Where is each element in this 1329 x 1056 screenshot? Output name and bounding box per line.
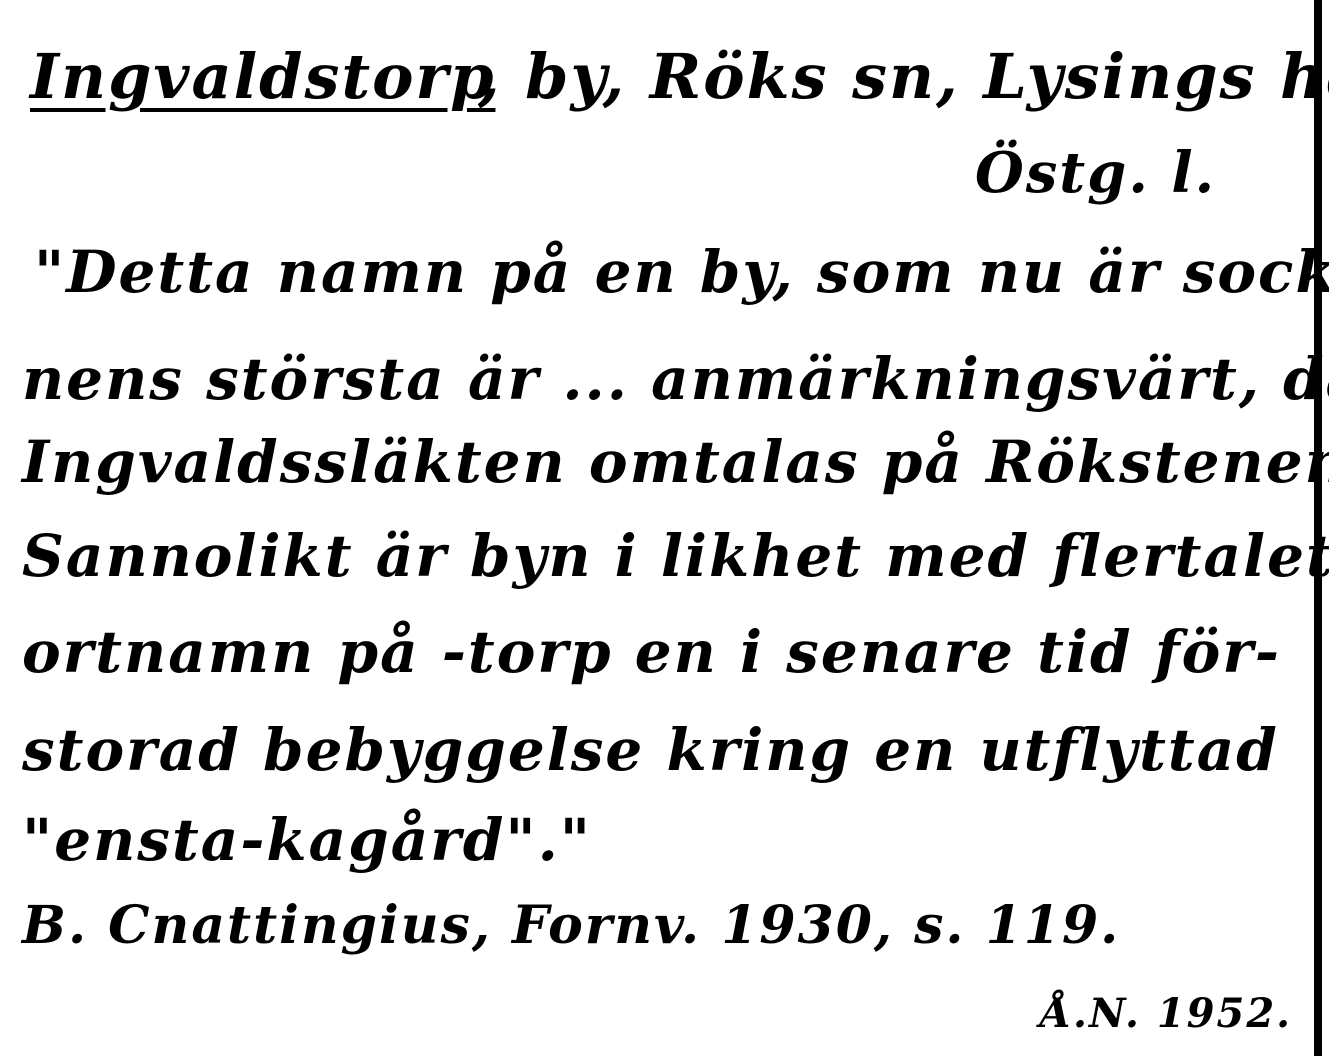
- quote-line: nens största är ... anmärkningsvärt, då: [22, 345, 1329, 413]
- quote-line: storad bebyggelse kring en utflyttad: [22, 716, 1279, 784]
- index-card: Ingvaldstorp , by, Röks sn, Lysings hd, …: [0, 0, 1329, 1056]
- quote-line: Sannolikt är byn i likhet med flertalet: [22, 522, 1329, 590]
- signature-date: Å.N. 1952.: [1040, 990, 1292, 1037]
- quote-line: ortnamn på -torp en i senare tid för-: [22, 618, 1281, 686]
- county-abbreviation: Östg. l.: [975, 140, 1216, 206]
- card-edge-divider: [1314, 0, 1322, 1056]
- source-citation: B. Cnattingius, Fornv. 1930, s. 119.: [22, 895, 1120, 956]
- quote-line: "ensta‐kagård".": [22, 806, 592, 874]
- location-header: , by, Röks sn, Lysings hd,: [478, 40, 1329, 113]
- headword: Ingvaldstorp: [30, 40, 495, 113]
- quote-line: Ingvaldssläkten omtalas på Rökstenen.: [22, 428, 1329, 496]
- quote-line: "Detta namn på en by, som nu är sock-: [34, 238, 1329, 306]
